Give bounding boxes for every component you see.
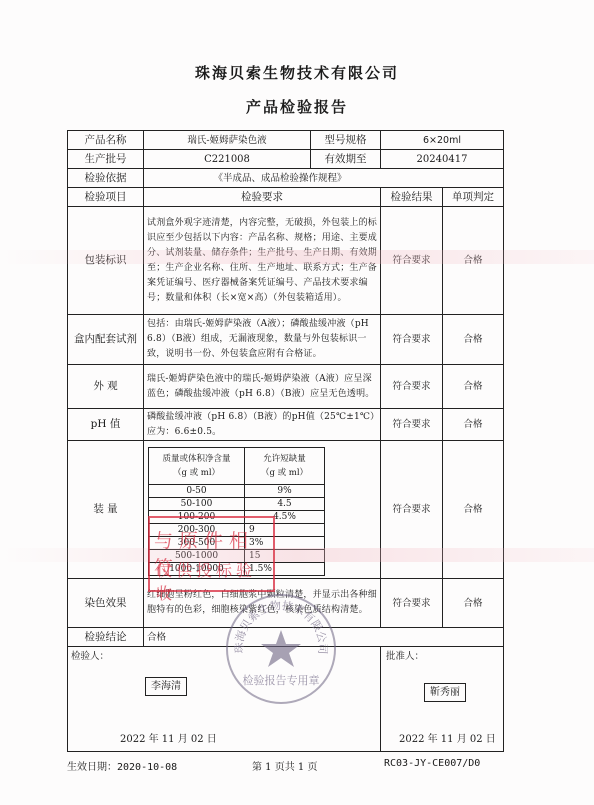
allowed-shortage: 1.5% <box>245 563 325 576</box>
item-requirement: 包括：由瑞氏-姬姆萨染液（A液）；磷酸盐缓冲液（pH 6.8）（B液）组成，无漏… <box>144 315 381 365</box>
col-header-result: 检验结果 <box>381 188 443 207</box>
report-title: 产品检验报告 <box>0 96 594 117</box>
item-result: 符合要求 <box>381 579 443 628</box>
inspection-table: 产品名称 瑞氏-姬姆萨染色液 型号规格 6×20ml 生产批号 C221008 … <box>67 130 504 752</box>
allowed-shortage: 4.5 <box>245 498 325 511</box>
spec-label: 型号规格 <box>311 131 381 150</box>
row-signatures: 检验人： 李海清 2022 年 11 月 02 日 批准人： 靳秀丽 2022 … <box>68 647 504 752</box>
net-content-range: 500-1000 <box>149 550 245 563</box>
net-content-range: 0-50 <box>149 485 245 498</box>
expiry-value: 20240417 <box>381 150 504 169</box>
item-requirement: 红细胞呈粉红色，白细胞浆中颗粒清楚，并显示出各种细胞特有的色彩，细胞核染紫红色，… <box>144 579 381 628</box>
spec-value: 6×20ml <box>381 131 504 150</box>
fill-volume-subtable: 质量或体积净含量 （g 或 ml） 允许短缺量 （g 或 ml） 0-509%5… <box>148 447 325 576</box>
item-judgment: 合格 <box>443 441 504 579</box>
page-number: 第 1 页共 1 页 <box>252 758 317 773</box>
row-basis: 检验依据 《半成品、成品检验操作规程》 <box>68 169 504 188</box>
net-content-range: 50-100 <box>149 498 245 511</box>
item-name: 装 量 <box>68 441 144 579</box>
item-judgment: 合格 <box>443 315 504 365</box>
subtable-header-net-content: 质量或体积净含量 （g 或 ml） <box>149 448 245 485</box>
inspector-label: 检验人： <box>71 649 109 664</box>
subtable-row: 500-100015 <box>149 550 325 563</box>
subtable-row: 100-2004.5% <box>149 511 325 524</box>
subtable-row: 0-509% <box>149 485 325 498</box>
item-judgment: 合格 <box>443 409 504 441</box>
approver-date: 2022 年 11 月 02 日 <box>399 732 496 747</box>
row-column-headers: 检验项目 检验要求 检验结果 单项判定 <box>68 188 504 207</box>
net-content-range: 100-200 <box>149 511 245 524</box>
item-result: 符合要求 <box>381 315 443 365</box>
row-appearance: 外 观 瑞氏-姬姆萨染色液中的瑞氏-姬姆萨染液（A液）应呈深蓝色；磷酸盐缓冲液（… <box>68 365 504 409</box>
subtable-row: 200-3009 <box>149 524 325 537</box>
document-code: RC03-JY-CE007/D0 <box>384 758 480 769</box>
subtable-row: 300-5003% <box>149 537 325 550</box>
col-header-judgment: 单项判定 <box>443 188 504 207</box>
row-conclusion: 检验结论 合格 <box>68 628 504 647</box>
allowed-shortage: 3% <box>245 537 325 550</box>
allowed-shortage: 9 <box>245 524 325 537</box>
net-content-range: 1000-10000 <box>149 563 245 576</box>
item-name: pH 值 <box>68 409 144 441</box>
expiry-label: 有效期至 <box>311 150 381 169</box>
item-result: 符合要求 <box>381 441 443 579</box>
inspector-date: 2022 年 11 月 02 日 <box>120 732 217 747</box>
net-content-range: 300-500 <box>149 537 245 550</box>
row-fill-volume: 装 量 质量或体积净含量 （g 或 ml） 允许短缺量 （g 或 ml） 0-5… <box>68 441 504 579</box>
item-result: 符合要求 <box>381 365 443 409</box>
row-packaging-label: 包装标识 试剂盒外观字迹清楚，内容完整，无破损，外包装上的标识应至少包括以下内容… <box>68 207 504 315</box>
approver-label: 批准人： <box>386 649 424 664</box>
item-judgment: 合格 <box>443 207 504 315</box>
product-name-value: 瑞氏-姬姆萨染色液 <box>144 131 311 150</box>
item-name: 包装标识 <box>68 207 144 315</box>
item-result: 符合要求 <box>381 207 443 315</box>
net-content-range: 200-300 <box>149 524 245 537</box>
product-name-label: 产品名称 <box>68 131 144 150</box>
subtable-header-allowed-shortage: 允许短缺量 （g 或 ml） <box>245 448 325 485</box>
subtable-row: 50-1004.5 <box>149 498 325 511</box>
conclusion-value: 合格 <box>144 628 504 647</box>
item-judgment: 合格 <box>443 579 504 628</box>
col-header-item: 检验项目 <box>68 188 144 207</box>
col-header-requirement: 检验要求 <box>144 188 381 207</box>
basis-value: 《半成品、成品检验操作规程》 <box>144 169 504 188</box>
row-ph-value: pH 值 磷酸盐缓冲液（pH 6.8）（B液）的pH值（25℃±1℃）应为：6.… <box>68 409 504 441</box>
approver-signature: 靳秀丽 <box>424 683 466 702</box>
item-name: 盒内配套试剂 <box>68 315 144 365</box>
row-product-name: 产品名称 瑞氏-姬姆萨染色液 型号规格 6×20ml <box>68 131 504 150</box>
inspector-signature: 李海清 <box>145 677 187 696</box>
company-name: 珠海贝索生物技术有限公司 <box>0 62 594 83</box>
allowed-shortage: 9% <box>245 485 325 498</box>
item-requirement: 试剂盒外观字迹清楚，内容完整，无破损，外包装上的标识应至少包括以下内容：产品名称… <box>144 207 381 315</box>
row-kit-contents: 盒内配套试剂 包括：由瑞氏-姬姆萨染液（A液）；磷酸盐缓冲液（pH 6.8）（B… <box>68 315 504 365</box>
allowed-shortage: 4.5% <box>245 511 325 524</box>
inspector-cell: 检验人： 李海清 2022 年 11 月 02 日 <box>68 647 381 752</box>
item-requirement: 质量或体积净含量 （g 或 ml） 允许短缺量 （g 或 ml） 0-509%5… <box>144 441 381 579</box>
batch-value: C221008 <box>144 150 311 169</box>
basis-label: 检验依据 <box>68 169 144 188</box>
item-name: 染色效果 <box>68 579 144 628</box>
allowed-shortage: 15 <box>245 550 325 563</box>
batch-label: 生产批号 <box>68 150 144 169</box>
row-staining-effect: 染色效果 红细胞呈粉红色，白细胞浆中颗粒清楚，并显示出各种细胞特有的色彩，细胞核… <box>68 579 504 628</box>
item-name: 外 观 <box>68 365 144 409</box>
row-batch: 生产批号 C221008 有效期至 20240417 <box>68 150 504 169</box>
item-requirement: 磷酸盐缓冲液（pH 6.8）（B液）的pH值（25℃±1℃）应为：6.6±0.5… <box>144 409 381 441</box>
conclusion-label: 检验结论 <box>68 628 144 647</box>
effective-date: 生效日期：2020-10-08 <box>67 758 177 773</box>
subtable-row: 1000-100001.5% <box>149 563 325 576</box>
item-judgment: 合格 <box>443 365 504 409</box>
item-result: 符合要求 <box>381 409 443 441</box>
item-requirement: 瑞氏-姬姆萨染色液中的瑞氏-姬姆萨染液（A液）应呈深蓝色；磷酸盐缓冲液（pH 6… <box>144 365 381 409</box>
approver-cell: 批准人： 靳秀丽 2022 年 11 月 02 日 <box>381 647 504 752</box>
